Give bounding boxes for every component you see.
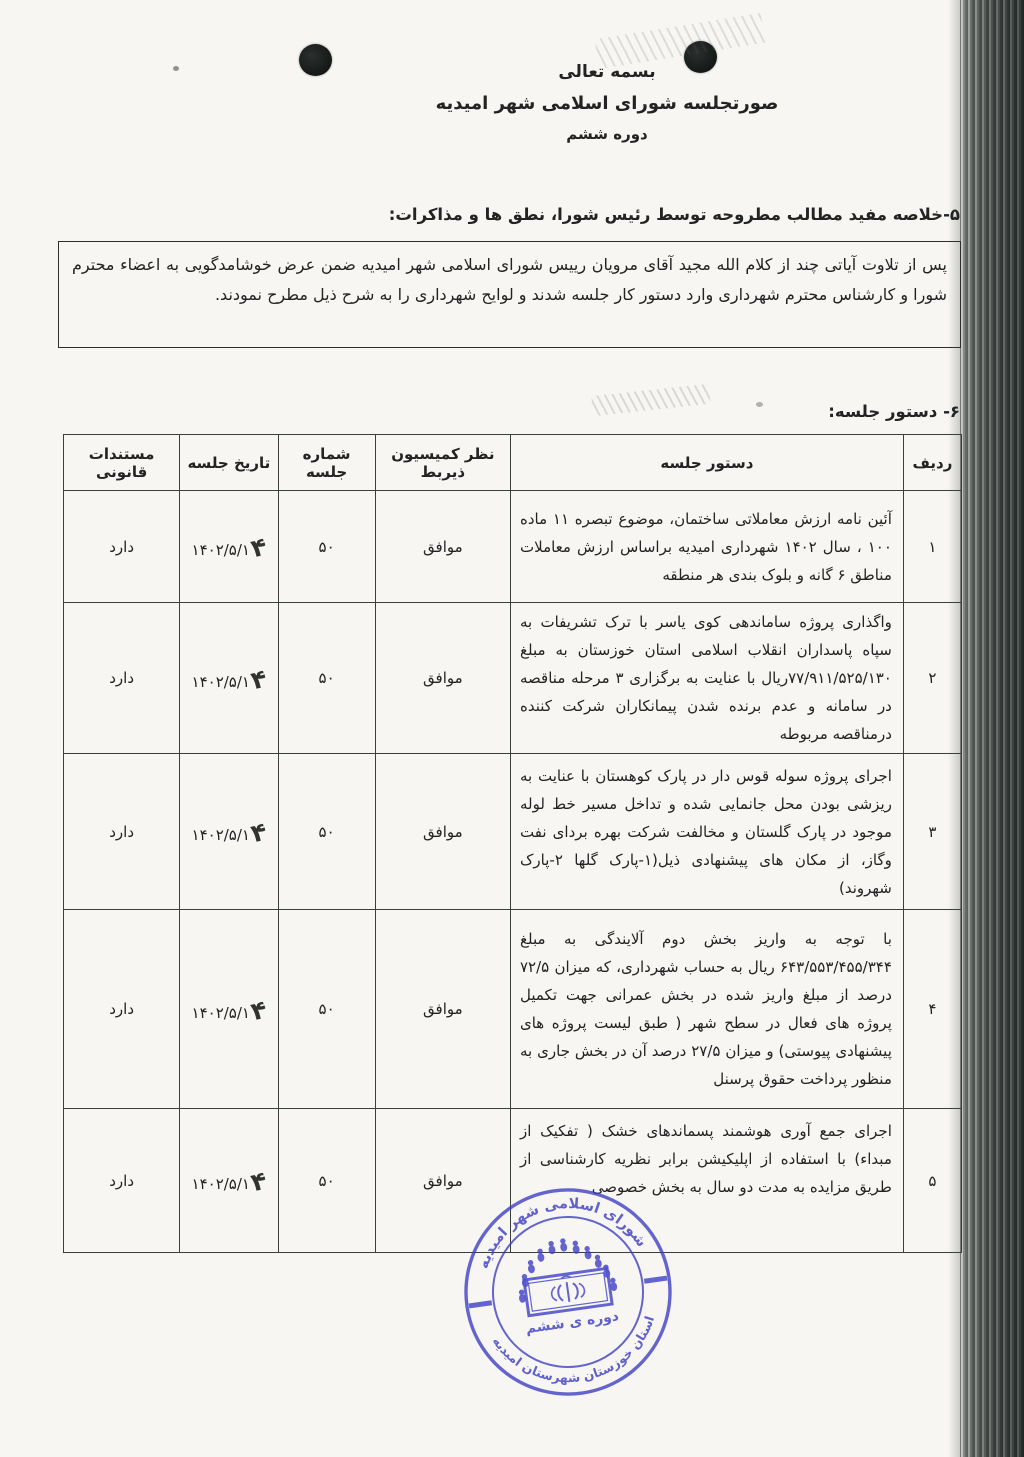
- section5-heading: ۵-خلاصه مفید مطالب مطروحه توسط رئیس شورا…: [389, 205, 960, 224]
- legal-docs-value: دارد: [64, 603, 180, 754]
- table-row: ۲ واگذاری پروژه ساماندهی کوی یاسر با ترک…: [64, 603, 962, 754]
- table-row: ۱ آئین نامه ارزش معاملاتی ساختمان، موضوع…: [64, 491, 962, 603]
- date-printed: ۱۴۰۲/۵/۱: [192, 826, 250, 844]
- agenda-table: ردیف دستور جلسه نظر کمیسیون ذیربط شماره …: [63, 434, 962, 1253]
- agenda-text: اجرای پروژه سوله قوس دار در پارک کوهستان…: [511, 754, 904, 910]
- legal-docs-value: دارد: [64, 754, 180, 910]
- date-handwritten-digit: ۴: [248, 994, 269, 1026]
- session-date: ۱۴۰۲/۵/۱۴: [180, 491, 278, 603]
- col-header-commission: نظر کمیسیون ذیربط: [375, 435, 510, 491]
- session-number: ۵۰: [278, 491, 375, 603]
- row-number: ۱: [903, 491, 961, 603]
- session-date: ۱۴۰۲/۵/۱۴: [180, 1109, 278, 1253]
- stamp-left-tick: [469, 1303, 492, 1306]
- legal-docs-value: دارد: [64, 910, 180, 1109]
- commission-opinion: موافق: [375, 754, 510, 910]
- col-header-session-no: شماره جلسه: [278, 435, 375, 491]
- stamp-top-arc-text: شورای اسلامی شهر امیدیه: [468, 1184, 651, 1272]
- document-header: بسمه تعالی صورتجلسه شورای اسلامی شهر امی…: [407, 62, 807, 143]
- date-printed: ۱۴۰۲/۵/۱: [192, 1004, 250, 1022]
- stamp-center-emblem: [524, 1268, 612, 1315]
- commission-opinion: موافق: [375, 491, 510, 603]
- stamp-top-arc-textpath: شورای اسلامی شهر امیدیه: [468, 1184, 651, 1272]
- stamp-term-text: دوره ی ششم: [525, 1308, 620, 1337]
- col-header-row-number: ردیف: [903, 435, 961, 491]
- punch-hole: [299, 44, 332, 76]
- col-header-session-date: تاریخ جلسه: [180, 435, 278, 491]
- ink-speck: [756, 402, 763, 407]
- date-printed: ۱۴۰۲/۵/۱: [192, 673, 250, 691]
- row-number: ۳: [903, 754, 961, 910]
- date-printed: ۱۴۰۲/۵/۱: [192, 1175, 250, 1193]
- session-number: ۵۰: [278, 910, 375, 1109]
- commission-opinion: موافق: [375, 603, 510, 754]
- commission-opinion: موافق: [375, 910, 510, 1109]
- date-handwritten-digit: ۴: [248, 663, 269, 695]
- section5-summary-box: پس از تلاوت آیاتی چند از کلام الله مجید …: [58, 241, 961, 348]
- col-header-legal-docs: مستندات قانونی: [64, 435, 180, 491]
- session-date: ۱۴۰۲/۵/۱۴: [180, 910, 278, 1109]
- date-handwritten-digit: ۴: [248, 817, 269, 849]
- faint-scribble-artifact: [595, 13, 766, 69]
- session-date: ۱۴۰۲/۵/۱۴: [180, 603, 278, 754]
- session-number: ۵۰: [278, 1109, 375, 1253]
- row-number: ۲: [903, 603, 961, 754]
- date-handwritten-digit: ۴: [248, 532, 269, 564]
- bismillah-line: بسمه تعالی: [407, 62, 807, 82]
- scanned-document-page: بسمه تعالی صورتجلسه شورای اسلامی شهر امی…: [0, 0, 1024, 1457]
- date-printed: ۱۴۰۲/۵/۱: [192, 541, 250, 559]
- date-handwritten-digit: ۴: [248, 1166, 269, 1198]
- council-term: دوره ششم: [407, 125, 807, 143]
- agenda-text: واگذاری پروژه ساماندهی کوی یاسر با ترک ت…: [511, 603, 904, 754]
- agenda-text: با توجه به واریز بخش دوم آلایندگی به مبل…: [511, 910, 904, 1109]
- table-row: ۳ اجرای پروژه سوله قوس دار در پارک کوهست…: [64, 754, 962, 910]
- session-number: ۵۰: [278, 754, 375, 910]
- table-row: ۴ با توجه به واریز بخش دوم آلایندگی به م…: [64, 910, 962, 1109]
- section6-heading: ۶- دستور جلسه:: [828, 402, 960, 421]
- stamp-right-tick: [644, 1278, 667, 1281]
- row-number: ۴: [903, 910, 961, 1109]
- council-stamp: شورای اسلامی شهر امیدیه استان خوزستان شه…: [444, 1168, 692, 1416]
- ink-speck: [173, 66, 179, 71]
- scan-edge-artifact: [960, 0, 1024, 1457]
- agenda-text: آئین نامه ارزش معاملاتی ساختمان، موضوع ت…: [511, 491, 904, 603]
- faint-scribble-artifact: [591, 384, 710, 416]
- session-number: ۵۰: [278, 603, 375, 754]
- document-title: صورتجلسه شورای اسلامی شهر امیدیه: [407, 93, 807, 114]
- section5-summary-text: پس از تلاوت آیاتی چند از کلام الله مجید …: [72, 250, 947, 310]
- legal-docs-value: دارد: [64, 1109, 180, 1253]
- row-number: ۵: [903, 1109, 961, 1253]
- session-date: ۱۴۰۲/۵/۱۴: [180, 754, 278, 910]
- legal-docs-value: دارد: [64, 491, 180, 603]
- col-header-agenda: دستور جلسه: [511, 435, 904, 491]
- table-header-row: ردیف دستور جلسه نظر کمیسیون ذیربط شماره …: [64, 435, 962, 491]
